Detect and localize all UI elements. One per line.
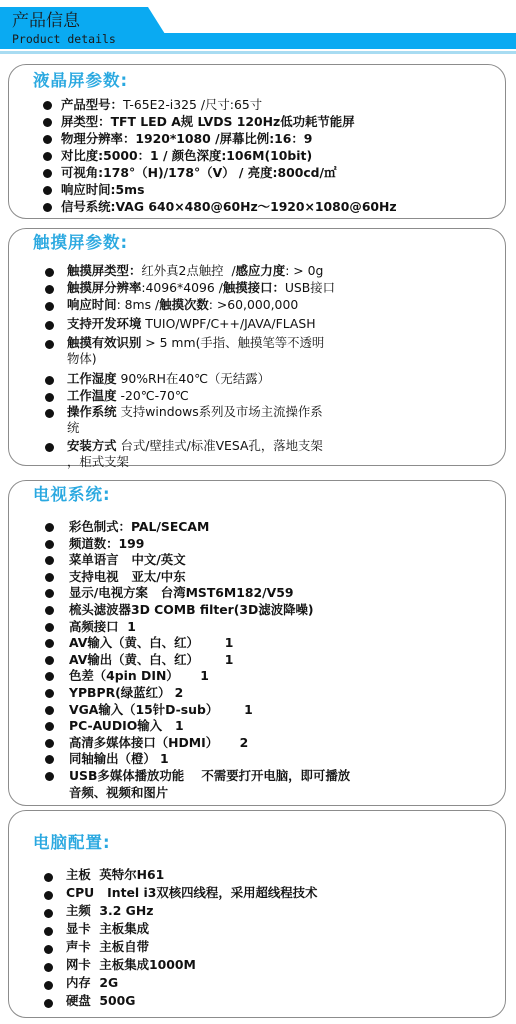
page-header: 产品信息 Product details <box>0 0 516 56</box>
bullet-icon <box>45 321 54 330</box>
section-title: 触摸屏参数: <box>33 233 128 253</box>
spec-text: 频道数：199 <box>69 536 144 551</box>
bullet-icon <box>44 891 53 900</box>
bullet-icon <box>45 772 54 781</box>
spec-text: 主频 3.2 GHz <box>66 903 153 918</box>
bullet-icon <box>44 963 53 972</box>
spec-text: CPU Intel i3双核四线程，采用超线程技术 <box>66 885 317 900</box>
spec-list: 触摸屏类型：红外真2点触控 /感应力度: > 0g 触摸屏分辨率:4096*40… <box>9 263 505 472</box>
list-item: 声卡 主板自带 <box>9 939 505 957</box>
bullet-icon <box>44 927 53 936</box>
list-item: 内存 2G <box>9 975 505 993</box>
spec-key: 可视角: <box>61 165 103 180</box>
bullet-icon <box>45 706 54 715</box>
section-lcd-params: 液晶屏参数: 产品型号：T-65E2-i325 /尺寸:65寸 屏类型：TFT … <box>8 64 506 219</box>
bullet-icon <box>45 393 54 402</box>
spec-value: T-65E2-i325 /尺寸:65寸 <box>123 97 262 112</box>
header-title-cn: 产品信息 <box>12 11 80 31</box>
list-item: PC-AUDIO输入 1 <box>9 718 505 735</box>
spec-value: TFT LED A规 LVDS 120Hz低功耗节能屏 <box>111 114 355 129</box>
list-item: 频道数：199 <box>9 536 505 553</box>
list-item: AV输出（黄、白、红） 1 <box>9 652 505 669</box>
spec-key: 安装方式 <box>67 438 117 453</box>
bullet-icon <box>45 606 54 615</box>
spec-text: 色差（4pin DIN） 1 <box>69 668 209 683</box>
spec-text: PC-AUDIO输入 1 <box>69 718 184 733</box>
bullet-icon <box>45 409 54 418</box>
list-item: 高清多媒体接口（HDMI） 2 <box>9 735 505 752</box>
spec-key: 工作湿度 <box>67 371 117 386</box>
bullet-icon <box>45 523 54 532</box>
spec-list: 产品型号：T-65E2-i325 /尺寸:65寸 屏类型：TFT LED A规 … <box>9 97 505 216</box>
list-item-continued: 音频、视频和图片 <box>9 785 505 802</box>
spec-text: 支持电视 亚太/中东 <box>69 569 186 584</box>
spec-text: 显卡 主板集成 <box>66 921 149 936</box>
list-item: 支持开发环境 TUIO/WPF/C++/JAVA/FLASH <box>9 316 505 335</box>
spec-text: 硬盘 500G <box>66 993 135 1008</box>
list-item: 色差（4pin DIN） 1 <box>9 668 505 685</box>
bullet-icon <box>45 556 54 565</box>
list-item: 菜单语言 中文/英文 <box>9 552 505 569</box>
bullet-icon <box>43 118 52 127</box>
spec-value: 5000：1 / 颜色深度:106M(10bit) <box>103 148 312 163</box>
section-title: 电视系统: <box>33 485 111 505</box>
spec-value: TUIO/WPF/C++/JAVA/FLASH <box>141 316 315 331</box>
list-item: 触摸有效识别 > 5 mm(手指、触摸笔等不透明物体) <box>9 335 505 371</box>
spec-value: : > 0g <box>285 263 323 278</box>
list-item: 触摸屏分辨率:4096*4096 /触摸接口：USB接口 <box>9 280 505 297</box>
list-item: AV输入（黄、白、红） 1 <box>9 635 505 652</box>
bullet-icon <box>45 443 54 452</box>
spec-key: 支持开发环境 <box>67 316 141 331</box>
list-item: 屏类型：TFT LED A规 LVDS 120Hz低功耗节能屏 <box>9 114 505 131</box>
list-item: 安装方式 台式/壁挂式/标准VESA孔，落地支架，柜式支架 <box>9 438 505 472</box>
bullet-icon <box>45 540 54 549</box>
bullet-icon <box>45 623 54 632</box>
spec-value: 红外真2点触控 / <box>141 263 235 278</box>
bullet-icon <box>45 755 54 764</box>
spec-key: 操作系统 <box>67 404 117 419</box>
spec-text: VGA输入（15针D-sub） 1 <box>69 702 253 717</box>
spec-list: 主板 英特尔H61 CPU Intel i3双核四线程，采用超线程技术 主频 3… <box>9 867 505 1011</box>
bullet-icon <box>45 376 54 385</box>
spec-key: 物理分辨率： <box>61 131 135 146</box>
header-divider-light <box>0 51 516 54</box>
list-item: 显卡 主板集成 <box>9 921 505 939</box>
list-item: 主板 英特尔H61 <box>9 867 505 885</box>
spec-text: 高清多媒体接口（HDMI） 2 <box>69 735 248 750</box>
list-item: 工作湿度 90%RH在40℃（无结露） <box>9 371 505 388</box>
bullet-icon <box>45 689 54 698</box>
list-item: 高频接口 1 <box>9 619 505 636</box>
list-item: 同轴输出（橙） 1 <box>9 751 505 768</box>
spec-key: 触摸屏分辨率 <box>67 280 141 295</box>
bullet-icon <box>45 656 54 665</box>
bullet-icon <box>45 302 54 311</box>
spec-text: YPBPR(绿蓝红） 2 <box>69 685 183 700</box>
spec-text: AV输入（黄、白、红） 1 <box>69 635 233 650</box>
spec-key: 触摸有效识别 <box>67 335 141 350</box>
spec-value: > 5 mm(手指、触摸笔等不透明 <box>141 335 324 350</box>
spec-value: 1920*1080 /屏幕比例:16：9 <box>135 131 312 146</box>
list-item: VGA输入（15针D-sub） 1 <box>9 702 505 719</box>
section-touch-params: 触摸屏参数: 触摸屏类型：红外真2点触控 /感应力度: > 0g 触摸屏分辨率:… <box>8 228 506 466</box>
list-item: CPU Intel i3双核四线程，采用超线程技术 <box>9 885 505 903</box>
spec-key: 响应时间 <box>67 297 117 312</box>
list-item: 触摸屏类型：红外真2点触控 /感应力度: > 0g <box>9 263 505 280</box>
spec-text: 同轴输出（橙） 1 <box>69 751 169 766</box>
list-item: 响应时间:5ms <box>9 182 505 199</box>
spec-value: : 8ms / <box>117 297 160 312</box>
spec-text: 主板 英特尔H61 <box>66 867 164 882</box>
bullet-icon <box>44 909 53 918</box>
spec-key: 触摸屏类型： <box>67 263 141 278</box>
list-item: 主频 3.2 GHz <box>9 903 505 921</box>
list-item: 硬盘 500G <box>9 993 505 1011</box>
list-item: 信号系统:VAG 640×480@60Hz～1920×1080@60Hz <box>9 199 505 216</box>
spec-key: 触摸接口： <box>223 280 285 295</box>
spec-text: 彩色制式：PAL/SECAM <box>69 519 209 534</box>
bullet-icon <box>45 739 54 748</box>
spec-text: 梳头滤波器3D COMB filter(3D滤波降噪) <box>69 602 314 617</box>
spec-key: 响应时间: <box>61 182 116 197</box>
spec-key: 产品型号： <box>61 97 123 112</box>
spec-value: 5ms <box>116 182 145 197</box>
list-item: 工作温度 -20℃-70℃ <box>9 388 505 404</box>
spec-value: 台式/壁挂式/标准VESA孔，落地支架 <box>117 438 323 453</box>
bullet-icon <box>43 186 52 195</box>
bullet-icon <box>45 722 54 731</box>
spec-key: 信号系统: <box>61 199 116 214</box>
spec-value: 178°（H)/178°（V） / 亮度:800cd/㎡ <box>103 165 336 180</box>
bullet-icon <box>45 639 54 648</box>
spec-value: -20℃-70℃ <box>117 388 189 403</box>
bullet-icon <box>43 152 52 161</box>
bullet-icon <box>43 135 52 144</box>
list-item: 可视角:178°（H)/178°（V） / 亮度:800cd/㎡ <box>9 165 505 182</box>
spec-list: 彩色制式：PAL/SECAM 频道数：199 菜单语言 中文/英文 支持电视 亚… <box>9 519 505 801</box>
bullet-icon <box>45 573 54 582</box>
spec-value: 支持windows系列及市场主流操作系 <box>117 404 323 419</box>
list-item: 响应时间: 8ms /触摸次数: >60,000,000 <box>9 297 505 316</box>
bullet-icon <box>44 873 53 882</box>
spec-value: : >60,000,000 <box>209 297 298 312</box>
list-item: 对比度:5000：1 / 颜色深度:106M(10bit) <box>9 148 505 165</box>
bullet-icon <box>43 101 52 110</box>
section-tv-system: 电视系统: 彩色制式：PAL/SECAM 频道数：199 菜单语言 中文/英文 … <box>8 480 506 806</box>
list-item: 操作系统 支持windows系列及市场主流操作系统 <box>9 404 505 438</box>
spec-value: :4096*4096 / <box>141 280 223 295</box>
bullet-icon <box>44 945 53 954</box>
section-title: 电脑配置: <box>33 833 111 853</box>
list-item: YPBPR(绿蓝红） 2 <box>9 685 505 702</box>
spec-text: 网卡 主板集成1000M <box>66 957 196 972</box>
list-item: 梳头滤波器3D COMB filter(3D滤波降噪) <box>9 602 505 619</box>
list-item: 彩色制式：PAL/SECAM <box>9 519 505 536</box>
section-pc-config: 电脑配置: 主板 英特尔H61 CPU Intel i3双核四线程，采用超线程技… <box>8 810 506 1018</box>
list-item: USB多媒体播放功能 不需要打开电脑，即可播放 <box>9 768 505 785</box>
spec-text: 菜单语言 中文/英文 <box>69 552 186 567</box>
list-item: 产品型号：T-65E2-i325 /尺寸:65寸 <box>9 97 505 114</box>
spec-value: VAG 640×480@60Hz～1920×1080@60Hz <box>116 199 397 214</box>
list-item: 物理分辨率：1920*1080 /屏幕比例:16：9 <box>9 131 505 148</box>
spec-value-continued: 统 <box>67 420 505 436</box>
bullet-icon <box>45 340 54 349</box>
bullet-icon <box>43 203 52 212</box>
spec-text: USB多媒体播放功能 不需要打开电脑，即可播放 <box>69 768 350 783</box>
spec-value-continued: 物体) <box>67 351 505 367</box>
spec-value: 90%RH在40℃（无结露） <box>117 371 270 386</box>
bullet-icon <box>43 169 52 178</box>
bullet-icon <box>45 285 54 294</box>
list-item: 网卡 主板集成1000M <box>9 957 505 975</box>
spec-key: 感应力度 <box>236 263 286 278</box>
spec-value: USB接口 <box>285 280 335 295</box>
spec-text: 高频接口 1 <box>69 619 136 634</box>
list-item: 显示/电视方案 台湾MST6M182/V59 <box>9 585 505 602</box>
bullet-icon <box>45 268 54 277</box>
spec-text: 音频、视频和图片 <box>69 785 168 800</box>
header-title-en: Product details <box>12 31 116 47</box>
spec-key: 触摸次数 <box>159 297 209 312</box>
spec-value-continued: ，柜式支架 <box>67 454 505 470</box>
spec-text: 声卡 主板自带 <box>66 939 149 954</box>
list-item: 支持电视 亚太/中东 <box>9 569 505 586</box>
spec-key: 屏类型： <box>61 114 111 129</box>
spec-text: 显示/电视方案 台湾MST6M182/V59 <box>69 585 293 600</box>
bullet-icon <box>45 589 54 598</box>
bullet-icon <box>44 981 53 990</box>
spec-text: AV输出（黄、白、红） 1 <box>69 652 233 667</box>
spec-text: 内存 2G <box>66 975 118 990</box>
section-title: 液晶屏参数: <box>33 71 128 91</box>
bullet-icon <box>45 672 54 681</box>
spec-key: 对比度: <box>61 148 103 163</box>
spec-key: 工作温度 <box>67 388 117 403</box>
bullet-icon <box>44 999 53 1008</box>
